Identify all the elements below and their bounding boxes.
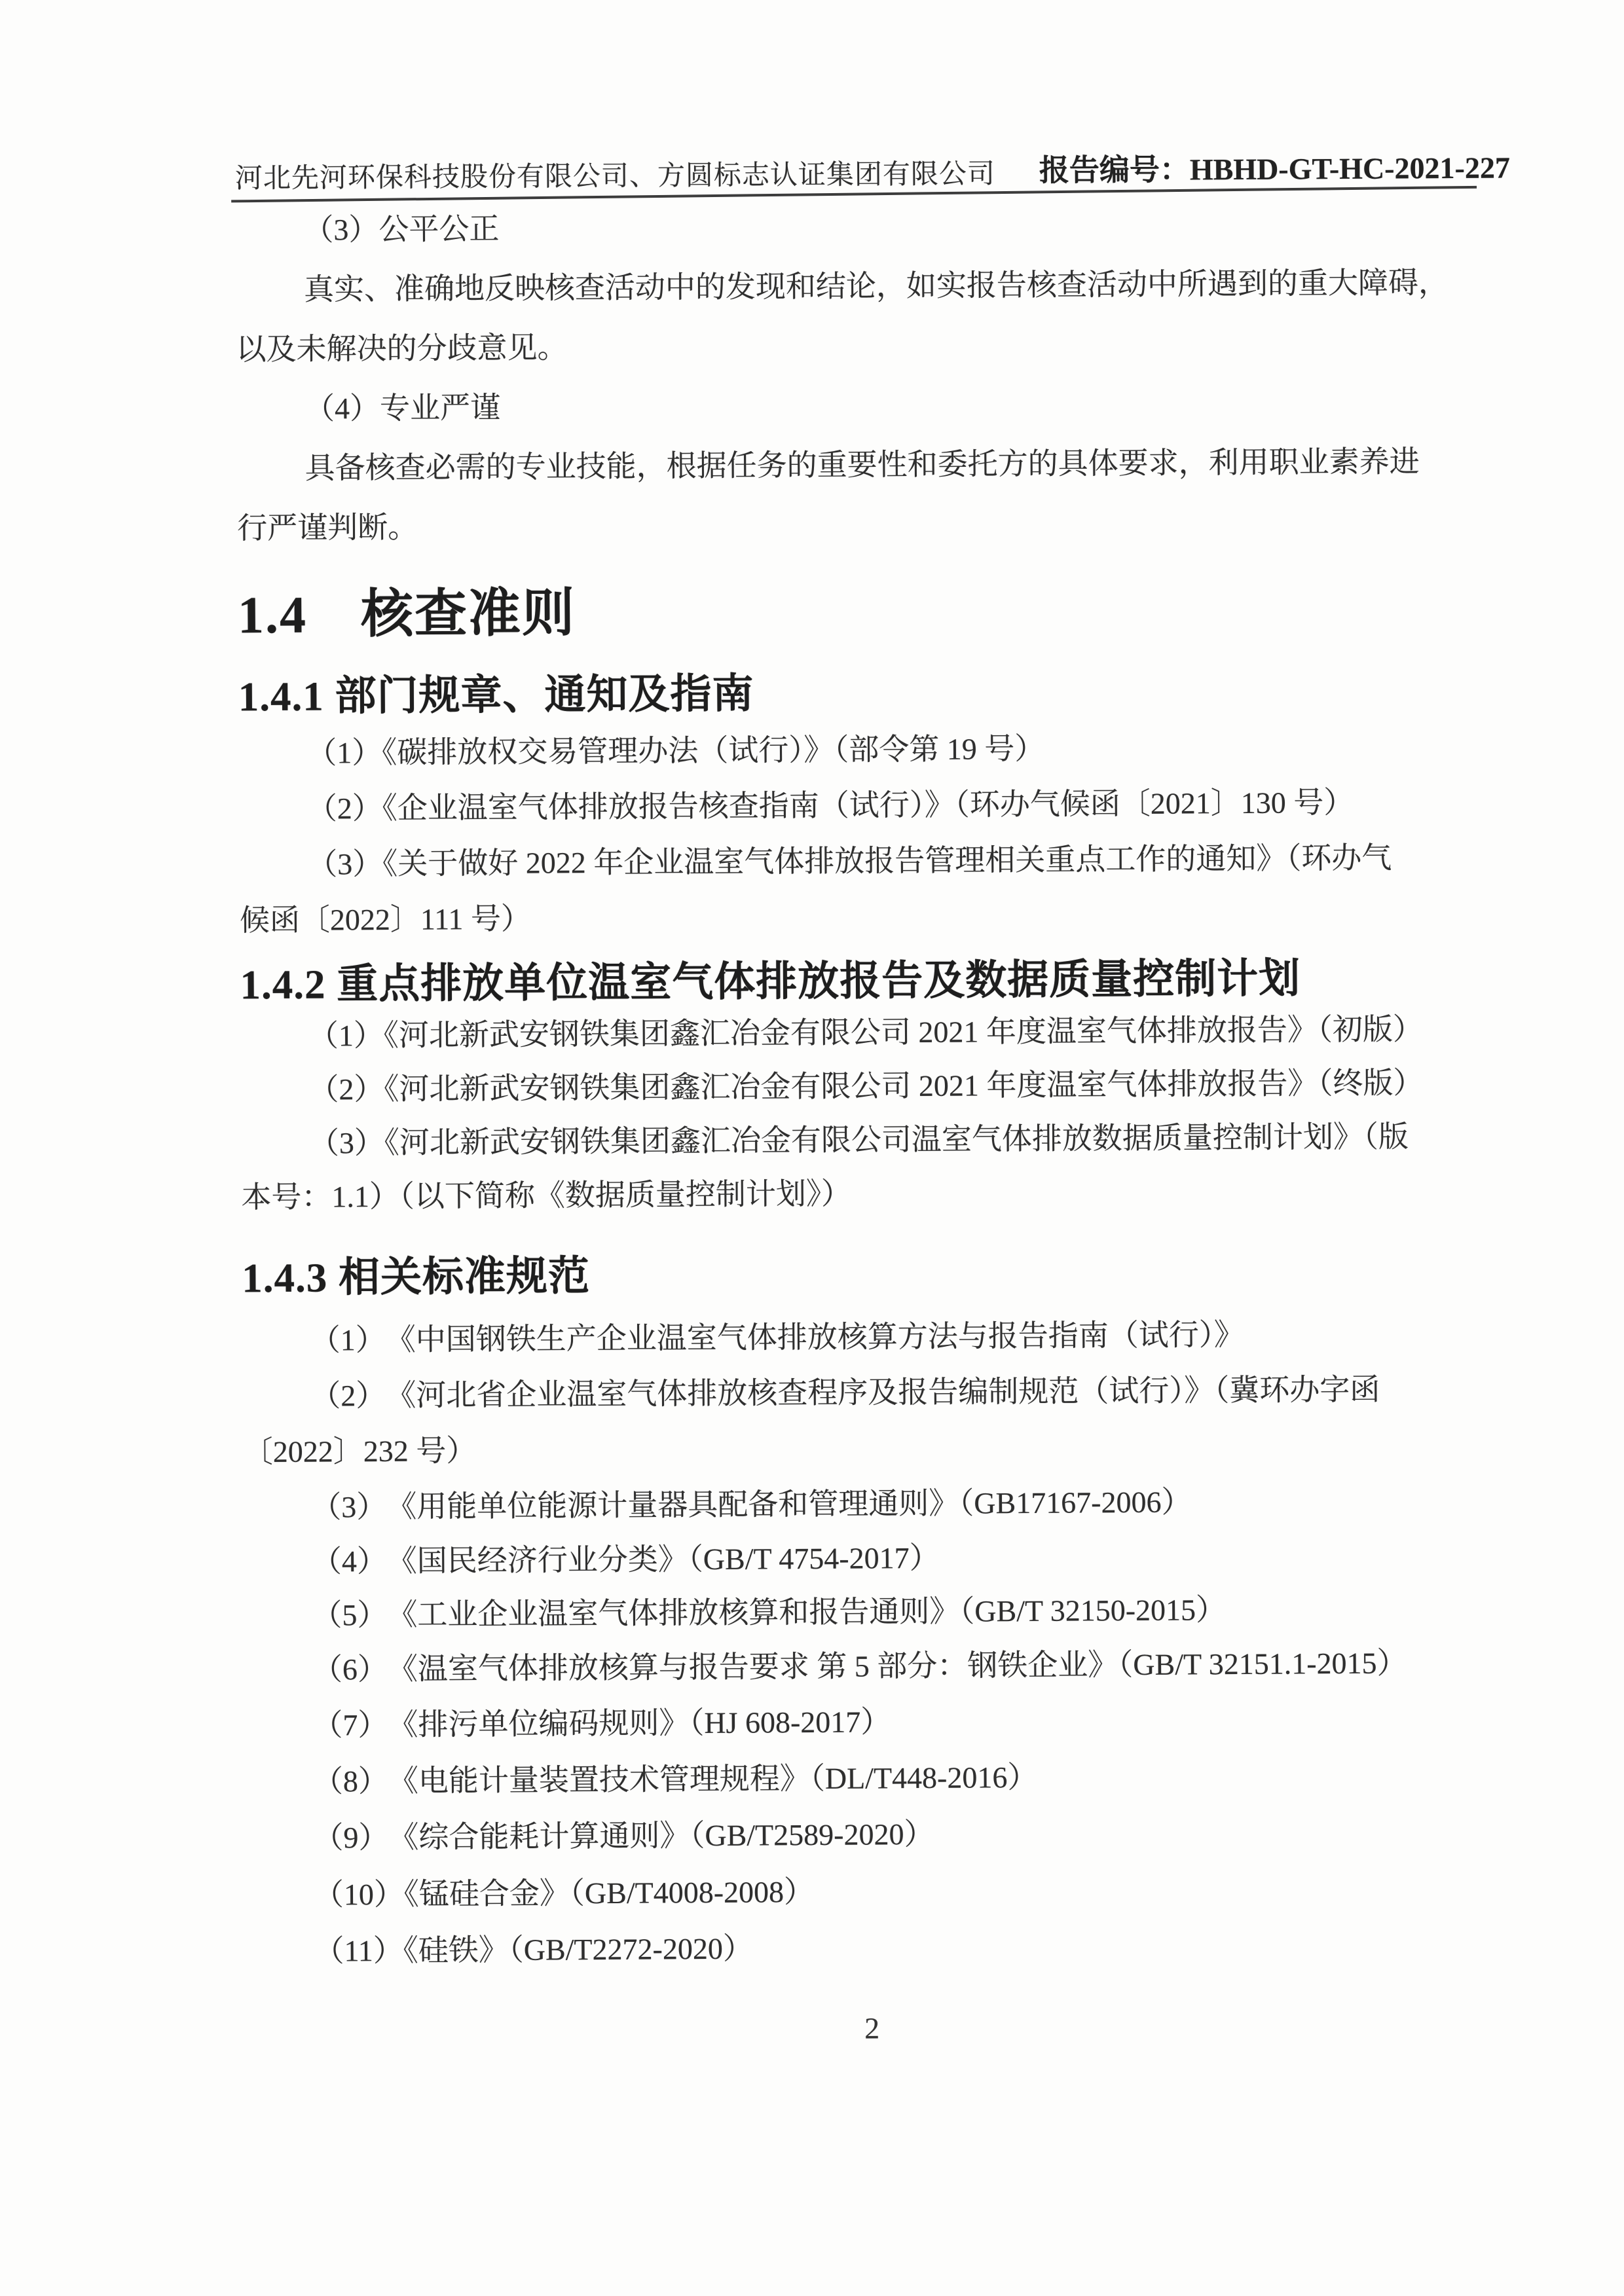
ref-1-4-3-item-10: （10）《锰硅合金》（GB/T4008-2008） (246, 1868, 1566, 1914)
ref-1-4-3-item-6: （6） 《温室气体排放核算与报告要求 第 5 部分：钢铁企业》（GB/T 321… (244, 1643, 1564, 1689)
document-page: 河北先河环保科技股份有限公司、方圆标志认证集团有限公司 报告编号：HBHD-GT… (0, 0, 1624, 2296)
page-number: 2 (864, 2011, 879, 2045)
ref-1-4-1-item-3-line-2: 候函〔2022〕111 号） (240, 894, 1492, 939)
ref-1-4-1-item-2: （2）《企业温室气体排放报告核查指南（试行）》（环办气候函〔2021〕130 号… (239, 782, 1559, 828)
ref-1-4-3-item-8: （8） 《电能计量装置技术管理规程》（DL/T448-2016） (245, 1755, 1565, 1801)
ref-1-4-3-item-4: （4） 《国民经济行业分类》（GB/T 4754-2017） (244, 1535, 1564, 1581)
ref-1-4-2-item-2: （2）《河北新武安钢铁集团鑫汇冶金有限公司 2021 年度温室气体排放报告》（终… (240, 1063, 1560, 1109)
document-body: （3）公平公正 真实、准确地反映核查活动中的发现和结论，如实报告核查活动中所遇到… (0, 0, 1617, 5)
ref-1-4-3-item-2-line-1: （2） 《河北省企业温室气体排放核查程序及报告编制规范（试行）》（冀环办字函 (242, 1370, 1562, 1415)
report-number-label: 报告编号： (1039, 153, 1190, 187)
heading-1-4-3: 1.4.3 相关标准规范 (242, 1245, 1494, 1304)
heading-1-4: 1.4 核查准则 (238, 575, 1490, 649)
ref-1-4-3-item-11: （11）《硅铁》（GB/T2272-2020） (246, 1925, 1566, 1971)
header-company-names: 河北先河环保科技股份有限公司、方圆标志认证集团有限公司 (235, 152, 995, 196)
paragraph-fairness-line-1: 真实、准确地反映核查活动中的发现和结论，如实报告核查活动中所遇到的重大障碍， (236, 263, 1556, 309)
heading-1-4-2: 1.4.2 重点排放单位温室气体排放报告及数据质量控制计划 (240, 952, 1492, 1011)
paragraph-professional-line-2: 行严谨判断。 (237, 502, 1489, 547)
ref-1-4-3-item-9: （9） 《综合能耗计算通则》（GB/T2589-2020） (245, 1812, 1565, 1857)
ref-1-4-3-item-3: （3） 《用能单位能源计量器具配备和管理通则》（GB17167-2006） (243, 1481, 1563, 1527)
heading-1-4-1: 1.4.1 部门规章、通知及指南 (238, 664, 1490, 723)
paragraph-fairness-line-2: 以及未解决的分歧意见。 (236, 323, 1488, 369)
item-4-professional: （4）专业严谨 (236, 382, 1557, 428)
ref-1-4-2-item-3-line-1: （3）《河北新武安钢铁集团鑫汇冶金有限公司温室气体排放数据质量控制计划》（版 (241, 1117, 1561, 1163)
item-3-fairness: （3）公平公正 (235, 204, 1555, 249)
ref-1-4-2-item-3-line-2: 本号：1.1）（以下简称《数据质量控制计划》） (241, 1171, 1493, 1216)
ref-1-4-1-item-3-line-1: （3）《关于做好 2022 年企业温室气体排放报告管理相关重点工作的通知》（环办… (239, 838, 1559, 884)
ref-1-4-3-item-2-line-2: 〔2022〕232 号） (243, 1426, 1495, 1471)
header-report-number: 报告编号：HBHD-GT-HC-2021-227 (1039, 143, 1510, 189)
ref-1-4-1-item-1: （1）《碳排放权交易管理办法（试行）》（部令第 19 号） (238, 727, 1559, 773)
paragraph-professional-line-1: 具备核查必需的专业技能，根据任务的重要性和委托方的具体要求，利用职业素养进 (236, 442, 1557, 488)
ref-1-4-2-item-1: （1）《河北新武安钢铁集团鑫汇冶金有限公司 2021 年度温室气体排放报告》（初… (240, 1010, 1560, 1055)
report-number-value: HBHD-GT-HC-2021-227 (1190, 151, 1510, 186)
ref-1-4-3-item-7: （7） 《排污单位编码规则》（HJ 608-2017） (244, 1699, 1564, 1745)
ref-1-4-3-item-5: （5） 《工业企业温室气体排放核算和报告通则》（GB/T 32150-2015） (244, 1589, 1564, 1635)
ref-1-4-3-item-1: （1） 《中国钢铁生产企业温室气体排放核算方法与报告指南（试行）》 (242, 1314, 1562, 1360)
